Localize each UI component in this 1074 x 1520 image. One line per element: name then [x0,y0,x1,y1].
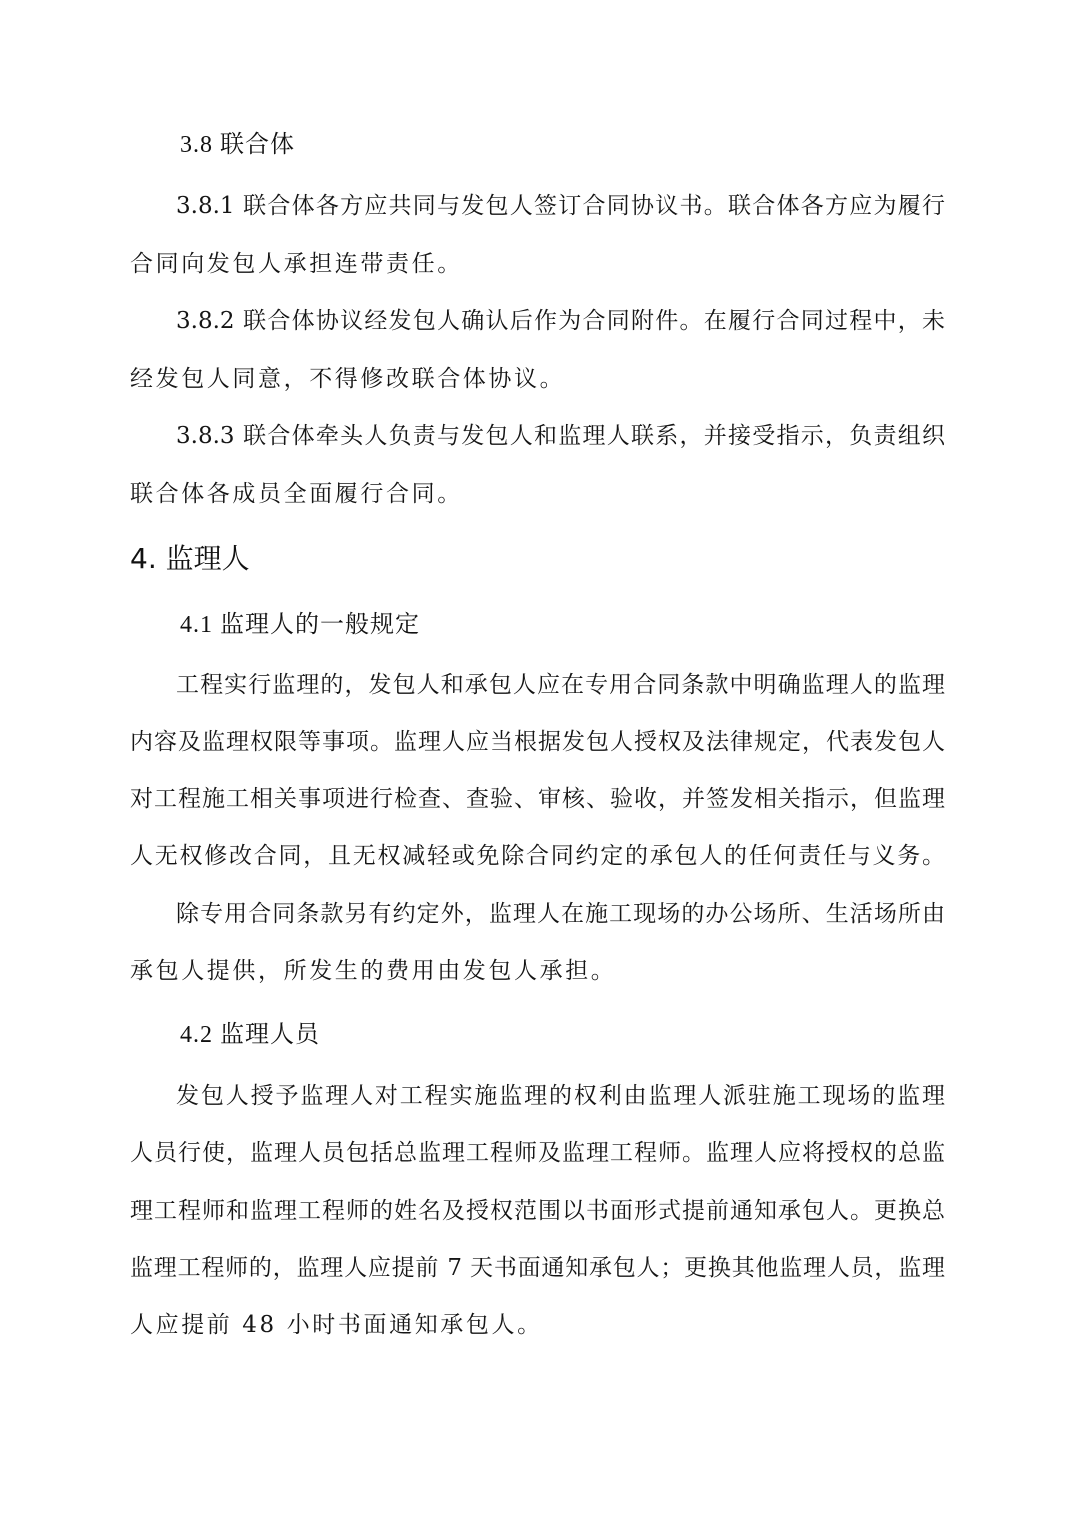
paragraph-3-8-2-line-1: 3.8.2 联合体协议经发包人确认后作为合同附件。在履行合同过程中，未 [176,306,945,336]
chapter-heading-4: 4. 监理人 [130,542,250,576]
section-heading-4-1: 4.1 监理人的一般规定 [180,610,420,640]
paragraph-4-1-a-line-3: 对工程施工相关事项进行检查、查验、审核、验收，并签发相关指示，但监理 [130,784,945,814]
section-heading-3-8: 3.8 联合体 [180,130,295,160]
paragraph-4-1-b-line-1: 除专用合同条款另有约定外，监理人在施工现场的办公场所、生活场所由 [176,899,945,929]
paragraph-3-8-3-line-1: 3.8.3 联合体牵头人负责与发包人和监理人联系，并接受指示，负责组织 [176,421,945,451]
paragraph-4-2-line-4: 监理工程师的，监理人应提前 7 天书面通知承包人；更换其他监理人员，监理 [130,1253,945,1283]
paragraph-4-2-line-3: 理工程师和监理工程师的姓名及授权范围以书面形式提前通知承包人。更换总 [130,1196,945,1226]
paragraph-4-1-b-line-2: 承包人提供，所发生的费用由发包人承担。 [130,956,616,986]
paragraph-4-1-a-line-1: 工程实行监理的，发包人和承包人应在专用合同条款中明确监理人的监理 [176,670,945,700]
paragraph-3-8-2-line-2: 经发包人同意，不得修改联合体协议。 [130,364,565,394]
section-heading-4-2: 4.2 监理人员 [180,1020,320,1050]
paragraph-3-8-1-line-1: 3.8.1 联合体各方应共同与发包人签订合同协议书。联合体各方应为履行 [176,191,945,221]
paragraph-4-2-line-5: 人应提前 48 小时书面通知承包人。 [130,1310,543,1340]
paragraph-4-2-line-2: 人员行使，监理人员包括总监理工程师及监理工程师。监理人应将授权的总监 [130,1138,945,1168]
paragraph-3-8-1-line-2: 合同向发包人承担连带责任。 [130,249,463,279]
document-page: 3.8 联合体 3.8.1 联合体各方应共同与发包人签订合同协议书。联合体各方应… [0,0,1074,1520]
paragraph-4-2-line-1: 发包人授予监理人对工程实施监理的权利由监理人派驻施工现场的监理 [176,1081,945,1111]
paragraph-3-8-3-line-2: 联合体各成员全面履行合同。 [130,479,463,509]
paragraph-4-1-a-line-4: 人无权修改合同，且无权减轻或免除合同约定的承包人的任何责任与义务。 [130,841,945,871]
paragraph-4-1-a-line-2: 内容及监理权限等事项。监理人应当根据发包人授权及法律规定，代表发包人 [130,727,945,757]
